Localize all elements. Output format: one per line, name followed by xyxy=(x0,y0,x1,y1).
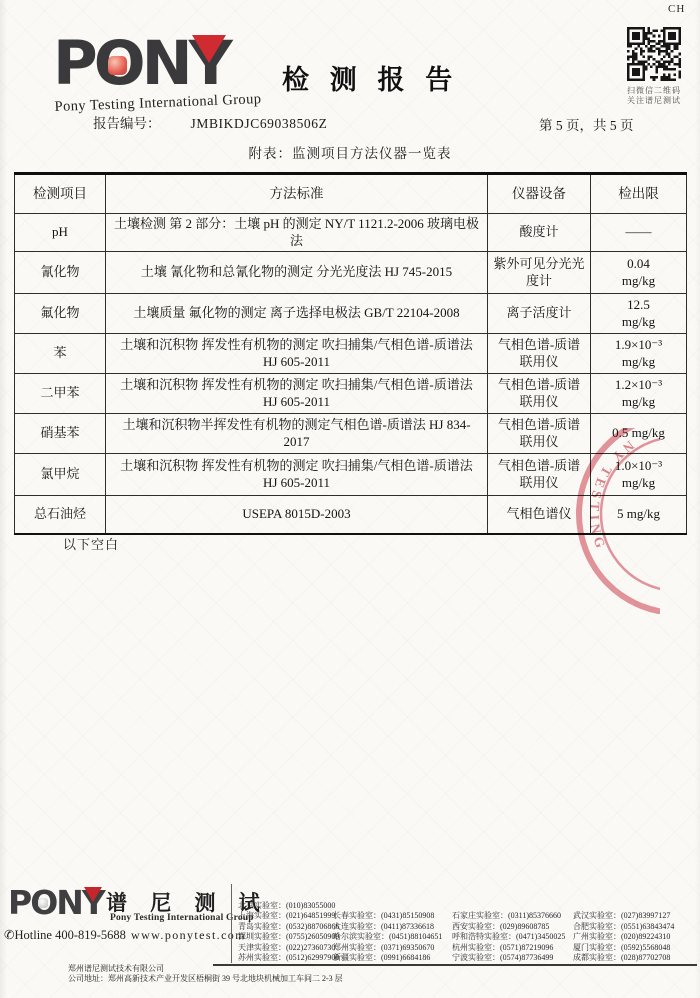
lab-entry: 新疆实验室：(0991)6684186 xyxy=(333,953,452,963)
pony-logo: PONY xyxy=(53,33,229,94)
logo-letter: N xyxy=(56,886,82,919)
appendix-title: 附表：监测项目方法仪器一览表 xyxy=(0,142,700,162)
cell-method: 土壤质量 氟化物的测定 离子选择电极法 GB/T 22104-2008 xyxy=(106,294,488,334)
table-row: 氰化物 土壤 氰化物和总氰化物的测定 分光光度法 HJ 745-2015 紫外可… xyxy=(15,252,687,294)
footer-divider xyxy=(231,884,232,963)
labs-row: 北京实验室：(010)83055000 xyxy=(238,901,698,911)
logo-letter-o: O xyxy=(30,886,56,919)
table-row: pH 土壤检测 第 2 部分：土壤 pH 的测定 NY/T 1121.2-200… xyxy=(15,214,687,252)
lab-entry: 哈尔滨实验室：(0451)88104651 xyxy=(333,932,452,942)
report-number-label: 报告编号： xyxy=(93,116,161,131)
col-header-instrument: 仪器设备 xyxy=(488,174,591,214)
qr-caption-line2: 关注谱尼测试 xyxy=(614,96,694,106)
footer-company-name: 郑州谱尼测试技术有限公司 xyxy=(68,964,164,974)
cell-method: 土壤 氰化物和总氰化物的测定 分光光度法 HJ 745-2015 xyxy=(106,252,488,294)
cell-item: 总石油烃 xyxy=(15,496,106,534)
lab-entry: 广州实验室：(020)89224310 xyxy=(573,932,698,942)
footer-company-address: 公司地址：郑州高新技术产业开发区梧桐街 39 号北地块机械加工车间二 2-3 层 xyxy=(68,974,343,984)
lab-entry: 石家庄实验室：(0311)85376660 xyxy=(452,911,573,921)
labs-row: 青岛实验室：(0532)88706866 大连实验室：(0411)8733661… xyxy=(238,922,698,932)
cell-method: USEPA 8015D-2003 xyxy=(106,496,488,534)
logo-letter-o: O xyxy=(94,33,142,94)
logo-o-dot-icon xyxy=(38,898,48,908)
lab-entry: 上海实验室：(021)64851999 xyxy=(238,911,333,921)
cell-item: 氰化物 xyxy=(15,252,106,294)
logo-y-triangle-icon xyxy=(84,887,102,902)
footer-website: www.ponytest.com xyxy=(131,928,246,943)
logo-o-dot-icon xyxy=(108,56,127,75)
report-number-row: 报告编号：JMBIKDJC69038506Z xyxy=(93,112,327,132)
cell-instrument: 酸度计 xyxy=(488,214,591,252)
lab-entry: 成都实验室：(028)87702708 xyxy=(573,953,698,963)
doc-title: 检 测 报 告 xyxy=(282,58,459,97)
cell-item: pH xyxy=(15,214,106,252)
col-header-limit: 检出限 xyxy=(591,174,687,214)
qr-caption: 扫微信二维码 关注谱尼测试 xyxy=(614,86,694,106)
footer-rule xyxy=(213,964,697,966)
logo-letter: P xyxy=(8,886,30,919)
svg-text:NY TESTING: NY TESTING xyxy=(587,438,637,554)
lab-entry: 杭州实验室：(0571)87219096 xyxy=(452,943,573,953)
lab-entry: 武汉实验室：(027)83997127 xyxy=(573,911,698,921)
cell-instrument: 气相色谱-质谱联用仪 xyxy=(488,374,591,414)
pony-testing-stamp: NY TESTING xyxy=(528,428,660,614)
lab-entry: 合肥实验室：(0551)63843474 xyxy=(573,922,698,932)
logo-letter-y: Y xyxy=(189,33,229,94)
cell-item: 氯甲烷 xyxy=(15,454,106,496)
cell-item: 二甲苯 xyxy=(15,374,106,414)
table-header-row: 检测项目 方法标准 仪器设备 检出限 xyxy=(15,174,687,214)
cell-method: 土壤检测 第 2 部分：土壤 pH 的测定 NY/T 1121.2-2006 玻… xyxy=(106,214,488,252)
footer-hotline: ✆Hotline 400-819-5688 xyxy=(4,927,126,943)
lab-entry: 苏州实验室：(0512)62997900 xyxy=(238,953,333,963)
logo-letter: N xyxy=(142,33,189,94)
col-header-item: 检测项目 xyxy=(15,174,106,214)
cell-limit: 1.2×10⁻³ mg/kg xyxy=(591,374,687,414)
labs-row: 天津实验室：(022)27360730 郑州实验室：(0371)69350670… xyxy=(238,943,698,953)
cell-item: 苯 xyxy=(15,334,106,374)
cell-limit: 1.9×10⁻³ mg/kg xyxy=(591,334,687,374)
lab-entry: 青岛实验室：(0532)88706866 xyxy=(238,922,333,932)
lab-entry: 宁波实验室：(0574)87736499 xyxy=(452,953,573,963)
lab-entry: 深圳实验室：(0755)26050909 xyxy=(238,932,333,942)
phone-icon: ✆ xyxy=(4,928,14,942)
report-number-value: JMBIKDJC69038506Z xyxy=(191,116,328,131)
cell-instrument: 气相色谱-质谱联用仪 xyxy=(488,334,591,374)
hotline-text: Hotline 400-819-5688 xyxy=(14,928,125,942)
page-indicator: 第 5 页，共 5 页 xyxy=(539,114,634,134)
logo-letter-y: Y xyxy=(82,886,104,919)
table-row: 氟化物 土壤质量 氟化物的测定 离子选择电极法 GB/T 22104-2008 … xyxy=(15,294,687,334)
cell-item: 硝基苯 xyxy=(15,414,106,454)
table-row: 苯 土壤和沉积物 挥发性有机物的测定 吹扫捕集/气相色谱-质谱法 HJ 605-… xyxy=(15,334,687,374)
lab-entry: 厦门实验室：(0592)5568048 xyxy=(573,943,698,953)
lab-entry: 呼和浩特实验室：(0471)3450025 xyxy=(452,932,573,942)
lab-entry: 天津实验室：(022)27360730 xyxy=(238,943,333,953)
cell-instrument: 紫外可见分光光度计 xyxy=(488,252,591,294)
footer-group-name: Pony Testing International Group xyxy=(110,913,254,923)
wechat-qr-code xyxy=(627,27,681,81)
cell-method: 土壤和沉积物 挥发性有机物的测定 吹扫捕集/气相色谱-质谱法 HJ 605-20… xyxy=(106,374,488,414)
lab-entry: 西安实验室：(029)89608785 xyxy=(452,922,573,932)
scanned-test-report-page: CH PONY Pony Testing International Group… xyxy=(0,0,700,998)
table-row: 二甲苯 土壤和沉积物 挥发性有机物的测定 吹扫捕集/气相色谱-质谱法 HJ 60… xyxy=(15,374,687,414)
cell-limit: —— xyxy=(591,214,687,252)
cell-item: 氟化物 xyxy=(15,294,106,334)
qr-caption-line1: 扫微信二维码 xyxy=(614,86,694,96)
cell-method: 土壤和沉积物半挥发性有机物的测定气相色谱-质谱法 HJ 834-2017 xyxy=(106,414,488,454)
language-tag: CH xyxy=(668,3,685,15)
below-blank-note: 以下空白 xyxy=(63,534,119,553)
stamp-text: NY TESTING xyxy=(587,438,637,554)
cell-method: 土壤和沉积物 挥发性有机物的测定 吹扫捕集/气相色谱-质谱法 HJ 605-20… xyxy=(106,334,488,374)
lab-entry: 郑州实验室：(0371)69350670 xyxy=(333,943,452,953)
logo-y-triangle-icon xyxy=(192,35,226,63)
cell-method: 土壤和沉积物 挥发性有机物的测定 吹扫捕集/气相色谱-质谱法 HJ 605-20… xyxy=(106,454,488,496)
logo-letter: P xyxy=(53,33,94,94)
labs-row: 深圳实验室：(0755)26050909 哈尔滨实验室：(0451)881046… xyxy=(238,932,698,942)
cell-instrument: 离子活度计 xyxy=(488,294,591,334)
lab-entry: 大连实验室：(0411)87336618 xyxy=(333,922,452,932)
lab-entry: 北京实验室：(010)83055000 xyxy=(238,901,335,911)
footer-pony-logo: PONY xyxy=(8,886,104,919)
cell-limit: 12.5 mg/kg xyxy=(591,294,687,334)
labs-contact-list: 北京实验室：(010)83055000 上海实验室：(021)64851999 … xyxy=(238,901,698,963)
labs-row: 上海实验室：(021)64851999 长春实验室：(0431)85150908… xyxy=(238,911,698,921)
cell-limit: 0.04 mg/kg xyxy=(591,252,687,294)
labs-row: 苏州实验室：(0512)62997900 新疆实验室：(0991)6684186… xyxy=(238,953,698,963)
col-header-method: 方法标准 xyxy=(106,174,488,214)
lab-entry: 长春实验室：(0431)85150908 xyxy=(333,911,452,921)
